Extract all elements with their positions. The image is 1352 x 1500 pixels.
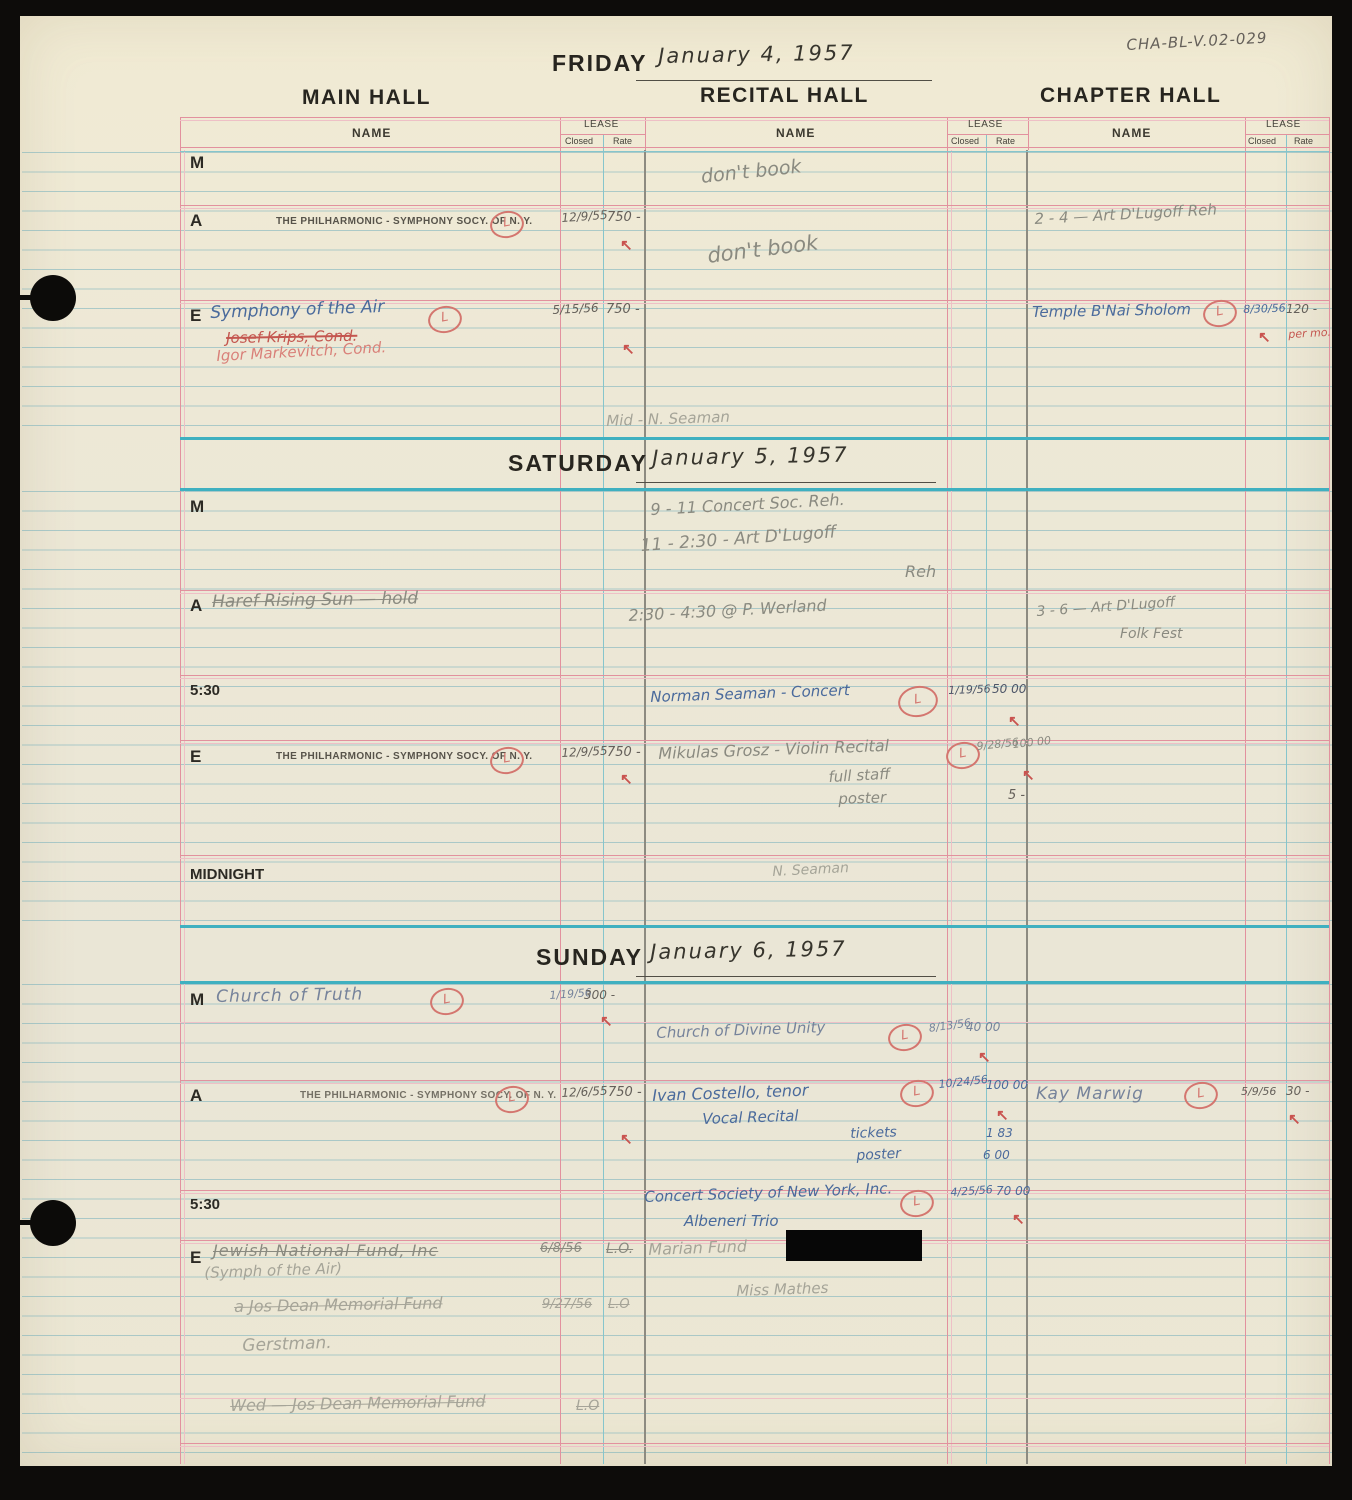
saturday-row-530-label: 5:30 bbox=[190, 682, 220, 699]
saturday-m-recital-note2b: Reh bbox=[905, 562, 936, 581]
grid-vline bbox=[1245, 117, 1246, 1464]
sunday-a-recital-rate3: 6 00 bbox=[983, 1148, 1010, 1162]
grid-hline bbox=[180, 678, 1329, 679]
hole-punch-top bbox=[30, 275, 76, 321]
ruled-lines-sunday bbox=[22, 984, 1332, 1464]
chapter-closed-header: Closed bbox=[1248, 136, 1276, 146]
sunday-e-main-closed2-struck: 9/27/56 bbox=[542, 1297, 592, 1312]
grid-hline bbox=[180, 675, 1329, 676]
saturday-row-midnight-label: MIDNIGHT bbox=[190, 866, 264, 883]
grid-hline bbox=[180, 855, 1329, 856]
main-hall-title: MAIN HALL bbox=[302, 86, 431, 110]
saturday-row-e-label: E bbox=[190, 747, 201, 767]
sunday-date-underline bbox=[636, 976, 936, 977]
friday-e-chapter-name: Temple B'Nai Sholom bbox=[1032, 300, 1191, 321]
chapter-lease-header: LEASE bbox=[1266, 119, 1301, 130]
saturday-date-handwritten: January 5, 1957 bbox=[652, 443, 849, 470]
grid-hline bbox=[560, 134, 645, 135]
grid-vline bbox=[1286, 134, 1287, 1464]
check-mark-icon: ↖ bbox=[600, 1012, 613, 1030]
sunday-e-main-name-struck: Jewish National Fund, Inc bbox=[213, 1241, 438, 1260]
check-mark-icon: ↖ bbox=[1008, 712, 1021, 730]
sunday-a-recital-note1: tickets bbox=[850, 1124, 897, 1142]
recital-hall-title: RECITAL HALL bbox=[700, 84, 869, 108]
sunday-a-chapter-rate: 30 - bbox=[1286, 1084, 1309, 1098]
friday-e-main-rate: 750 - bbox=[606, 302, 640, 317]
hole-punch-top-notch bbox=[20, 295, 36, 300]
saturday-530-recital-rate: 50 00 bbox=[992, 682, 1026, 696]
grid-hline bbox=[947, 134, 1028, 135]
hole-punch-bottom-notch bbox=[20, 1220, 36, 1225]
friday-row-m-label: M bbox=[190, 153, 204, 173]
redaction-box bbox=[786, 1230, 922, 1261]
sunday-e-main-name4: Gerstman. bbox=[242, 1333, 332, 1356]
main-name-header: NAME bbox=[352, 126, 391, 140]
grid-hline bbox=[180, 437, 1329, 440]
grid-vline bbox=[644, 150, 646, 1464]
sunday-e-main-note-struck: L.O. bbox=[606, 1241, 633, 1257]
check-mark-icon: ↖ bbox=[1288, 1110, 1301, 1128]
friday-e-main-closed: 5/15/56 bbox=[552, 301, 599, 317]
friday-row-e-label: E bbox=[190, 306, 201, 326]
sunday-a-chapter-name: Kay Marwig bbox=[1036, 1084, 1144, 1104]
check-mark-icon: ↖ bbox=[622, 340, 635, 358]
grid-vline bbox=[603, 134, 604, 1464]
check-mark-icon: ↖ bbox=[996, 1106, 1009, 1124]
grid-vline bbox=[1026, 150, 1028, 1464]
ruled-lines-saturday bbox=[22, 491, 1332, 924]
saturday-row-m-label: M bbox=[190, 497, 204, 517]
check-mark-icon: ↖ bbox=[620, 1130, 633, 1148]
check-mark-icon: ↖ bbox=[1012, 1210, 1025, 1228]
main-lease-header: LEASE bbox=[584, 119, 619, 130]
main-rate-header: Rate bbox=[613, 136, 632, 146]
saturday-530-recital-closed: 1/19/56 bbox=[948, 683, 991, 697]
grid-hline bbox=[1245, 134, 1329, 135]
sunday-a-recital-note2: poster bbox=[856, 1146, 901, 1164]
sunday-a-chapter-closed: 5/9/56 bbox=[1241, 1085, 1276, 1098]
grid-vline bbox=[1329, 117, 1330, 1464]
friday-date-handwritten: January 4, 1957 bbox=[658, 41, 855, 68]
friday-day-label: FRIDAY bbox=[552, 50, 648, 77]
check-mark-icon: ↖ bbox=[1258, 328, 1271, 346]
sunday-row-e-label: E bbox=[190, 1248, 201, 1268]
sunday-e-recital-name2: Miss Mathes bbox=[736, 1279, 829, 1300]
grid-vline bbox=[184, 150, 185, 1464]
saturday-e-recital-note2: poster bbox=[838, 788, 886, 808]
ledger-page-scan: CHA-BL-V.02-029 FRIDAY January 4, 1957 M… bbox=[0, 0, 1352, 1500]
recital-rate-header: Rate bbox=[996, 136, 1015, 146]
saturday-row-a-label: A bbox=[190, 596, 202, 616]
grid-hline bbox=[180, 1080, 1329, 1081]
sunday-530-recital-name2: Albeneri Trio bbox=[684, 1212, 779, 1230]
saturday-e-main-closed: 12/9/55 bbox=[561, 744, 608, 760]
grid-vline bbox=[947, 117, 948, 1464]
grid-vline bbox=[645, 117, 646, 150]
check-mark-icon: ↖ bbox=[620, 770, 633, 788]
grid-hline bbox=[180, 117, 1329, 118]
sunday-a-main-rate: 750 - bbox=[608, 1085, 642, 1100]
sunday-a-recital-rate: 100 00 bbox=[986, 1078, 1028, 1092]
sunday-footer-note2-struck: L.O bbox=[576, 1398, 599, 1414]
friday-date-underline bbox=[636, 80, 932, 81]
chapter-name-header: NAME bbox=[1112, 126, 1151, 140]
grid-hline bbox=[180, 147, 1329, 148]
grid-hline bbox=[180, 151, 1329, 152]
main-closed-header: Closed bbox=[565, 136, 593, 146]
grid-hline bbox=[180, 981, 1329, 984]
grid-vline bbox=[560, 117, 561, 1464]
check-mark-icon: ↖ bbox=[978, 1048, 991, 1066]
sunday-date-handwritten: January 6, 1957 bbox=[650, 937, 847, 964]
friday-e-chapter-rate: 120 - bbox=[1286, 302, 1317, 316]
sunday-a-main-closed: 12/6/55 bbox=[561, 1084, 608, 1100]
grid-hline bbox=[180, 488, 1329, 491]
sunday-e-main-note2-struck: L.O bbox=[608, 1297, 630, 1312]
friday-a-main-rate: 750 - bbox=[607, 210, 641, 225]
hole-punch-bottom bbox=[30, 1200, 76, 1246]
grid-vline bbox=[1028, 117, 1029, 150]
recital-closed-header: Closed bbox=[951, 136, 979, 146]
saturday-e-recital-note1: full staff bbox=[828, 765, 890, 786]
grid-vline bbox=[180, 117, 181, 1464]
grid-vline bbox=[986, 134, 987, 1464]
sunday-530-recital-rate: 70 00 bbox=[996, 1184, 1030, 1198]
check-mark-icon: ↖ bbox=[620, 236, 633, 254]
grid-hline bbox=[180, 925, 1329, 928]
sunday-row-m-label: M bbox=[190, 990, 204, 1010]
grid-hline bbox=[180, 858, 1329, 859]
recital-name-header: NAME bbox=[776, 126, 815, 140]
grid-hline bbox=[180, 1443, 1329, 1444]
sunday-e-main-closed-struck: 6/8/56 bbox=[540, 1241, 582, 1256]
ruled-lines-friday bbox=[22, 152, 1332, 435]
recital-lease-header: LEASE bbox=[968, 119, 1003, 130]
friday-e-chapter-closed: 8/30/56 bbox=[1243, 302, 1286, 316]
saturday-e-main-rate: 750 - bbox=[607, 745, 641, 760]
check-mark-icon: ↖ bbox=[1022, 766, 1035, 784]
saturday-a-main-note-struck: Haref Rising Sun — hold bbox=[212, 588, 418, 612]
sunday-e-recital-name: Marian Fund bbox=[648, 1237, 747, 1259]
grid-hline bbox=[180, 120, 1329, 121]
saturday-e-recital-rate2: 5 - bbox=[1008, 788, 1025, 803]
sunday-a-recital-name2: Vocal Recital bbox=[702, 1107, 799, 1128]
friday-row-a-label: A bbox=[190, 211, 202, 231]
sunday-day-label: SUNDAY bbox=[536, 944, 643, 971]
sunday-m-main-rate: 300 - bbox=[584, 988, 615, 1002]
chapter-hall-title: CHAPTER HALL bbox=[1040, 84, 1221, 108]
grid-vline bbox=[951, 150, 952, 1464]
friday-e-chapter-rate-note: per mo. bbox=[1288, 326, 1331, 341]
saturday-date-underline bbox=[636, 482, 936, 483]
saturday-day-label: SATURDAY bbox=[508, 450, 648, 477]
sunday-e-main-name3-struck: a Jos Dean Memorial Fund bbox=[234, 1293, 443, 1316]
sunday-a-recital-rate2: 1 83 bbox=[986, 1126, 1013, 1140]
saturday-a-chapter-note2: Folk Fest bbox=[1120, 626, 1183, 642]
sunday-row-a-label: A bbox=[190, 1086, 202, 1106]
sunday-m-main-name: Church of Truth bbox=[216, 984, 363, 1007]
chapter-rate-header: Rate bbox=[1294, 136, 1313, 146]
sunday-row-530-label: 5:30 bbox=[190, 1196, 220, 1213]
sunday-m-recital-rate: 40 00 bbox=[966, 1020, 1000, 1034]
grid-hline bbox=[180, 1446, 1329, 1447]
